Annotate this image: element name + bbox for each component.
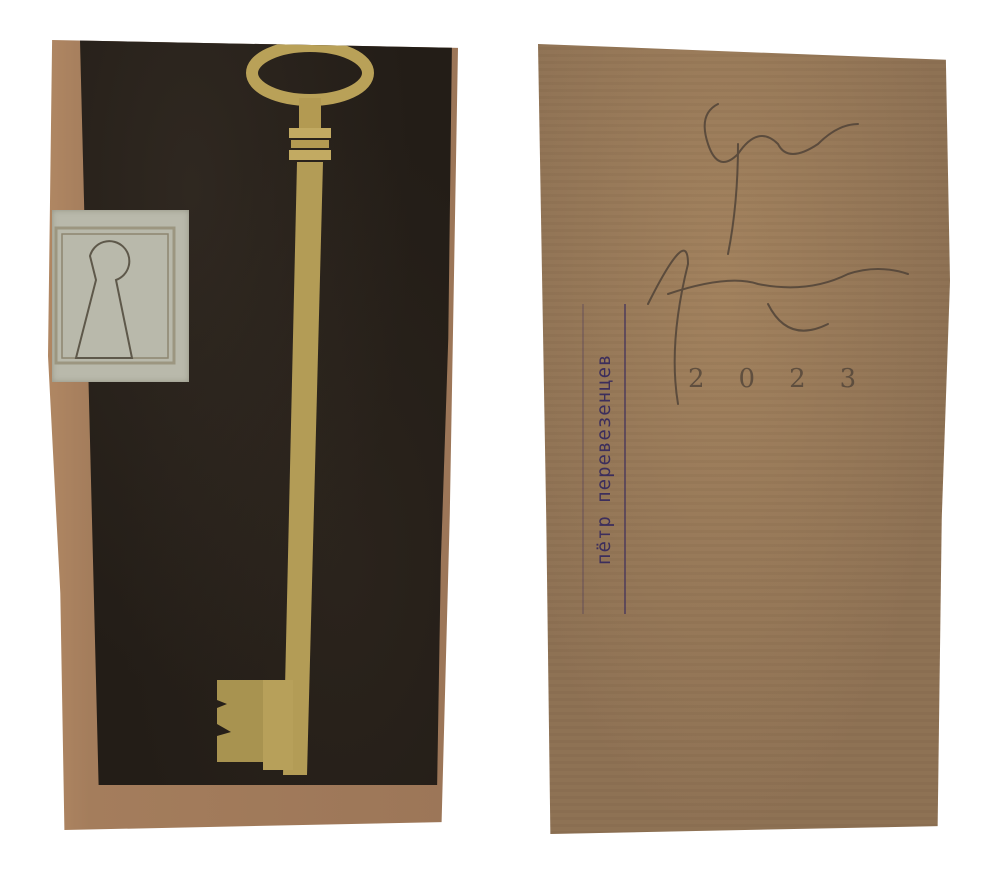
painting-front <box>48 40 458 830</box>
keyhole-plate <box>52 210 189 382</box>
artist-stamp: пётр перевезенцев <box>582 304 626 614</box>
key-icon <box>203 40 403 785</box>
signature-handwriting <box>628 84 938 484</box>
signature-year: 2023 <box>688 364 908 394</box>
painting-back: пётр перевезенцев 2023 <box>538 44 950 834</box>
keyhole-icon <box>52 210 189 382</box>
